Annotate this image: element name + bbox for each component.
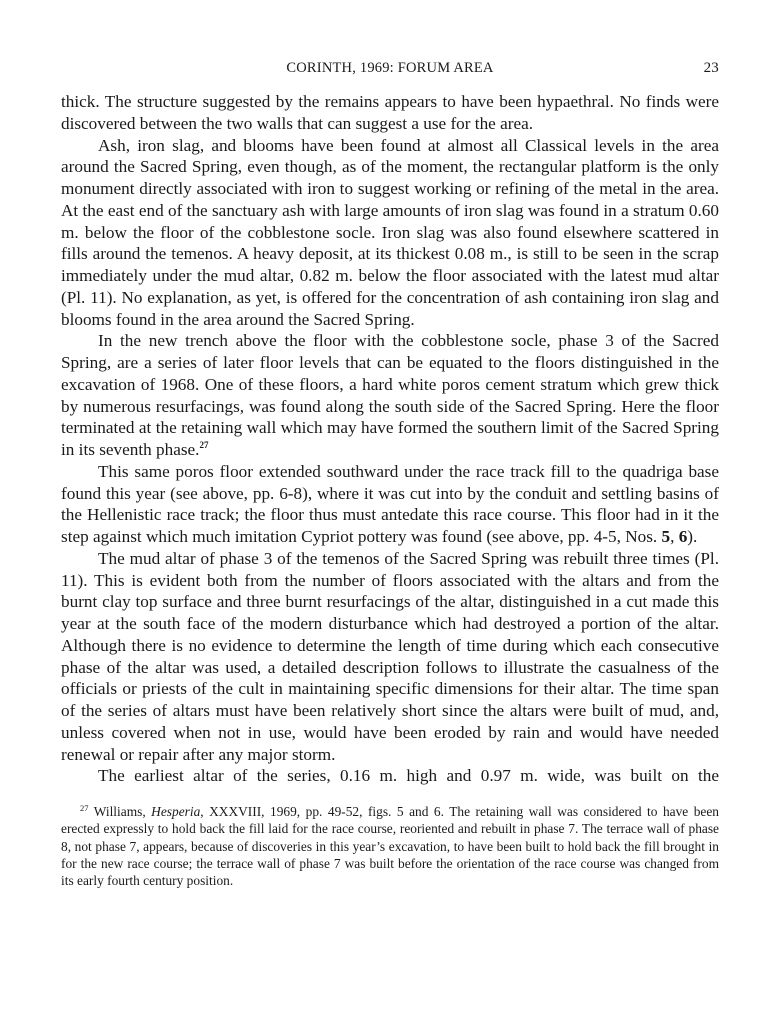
paragraph-continuation: thick. The structure suggested by the re… (61, 91, 719, 135)
footnotes: 27 Williams, Hesperia, XXXVIII, 1969, pp… (61, 803, 719, 889)
running-header: CORINTH, 1969: FORUM AREA 23 (61, 58, 719, 82)
page-number: 23 (704, 60, 719, 77)
paragraph-mud-altar: The mud altar of phase 3 of the temenos … (61, 548, 719, 766)
catalog-ref: 6 (679, 527, 688, 546)
journal-title: Hesperia (151, 804, 200, 819)
paragraph-iron-slag: Ash, iron slag, and blooms have been fou… (61, 135, 719, 331)
catalog-ref: 5 (662, 527, 671, 546)
running-title: CORINTH, 1969: FORUM AREA (61, 60, 719, 77)
footnote-27: 27 Williams, Hesperia, XXXVIII, 1969, pp… (61, 803, 719, 889)
paragraph-new-trench: In the new trench above the floor with t… (61, 330, 719, 461)
paragraph-poros-floor: This same poros floor extended southward… (61, 461, 719, 548)
paragraph-earliest-altar: The earliest altar of the series, 0.16 m… (61, 765, 719, 787)
document-page: CORINTH, 1969: FORUM AREA 23 thick. The … (61, 58, 719, 889)
footnote-number: 27 (80, 803, 89, 813)
footnote-reference[interactable]: 27 (199, 440, 208, 450)
body-text: thick. The structure suggested by the re… (61, 91, 719, 787)
